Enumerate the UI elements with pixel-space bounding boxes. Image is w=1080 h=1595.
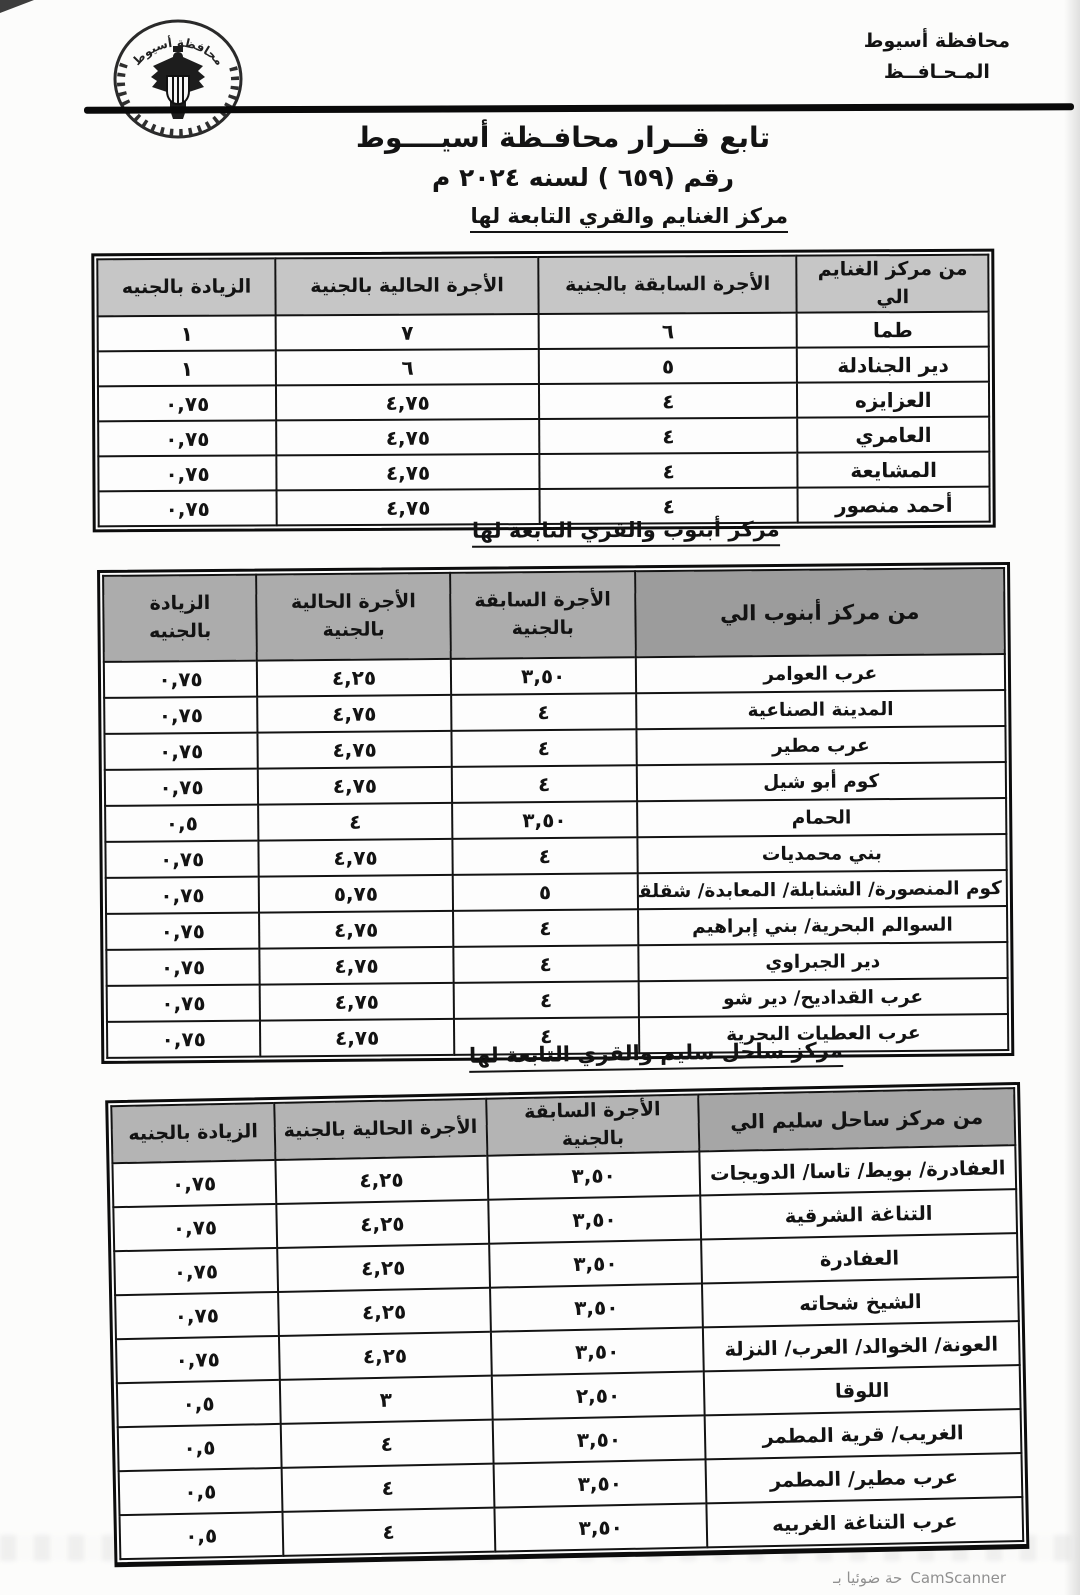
cell-previous-fare: ٤ [451,729,636,767]
col-header-current-fare: الأجرة الحالية بالجنية [274,1099,487,1160]
scan-edge-shadow [1064,0,1080,1595]
cell-current-fare: ٤,٧٥ [276,419,539,455]
cell-increase: ٠,٧٥ [112,1160,275,1207]
scan-footer: حة ضوئيا بـ CamScanner [833,1569,1006,1587]
cell-increase: ٠,٧٥ [104,661,257,698]
cell-increase: ٠,٧٥ [107,1021,260,1058]
cell-previous-fare: ٣,٥٠ [488,1196,701,1244]
col-header-increase: الزيادة بالجنيه [111,1103,275,1163]
section-heading-abnub: مركز أبنوب والقري التابعة لها [472,517,780,548]
fare-table-abnub: من مركز أبنوب الي الأجرة السابقة بالجنية… [97,562,1014,1064]
cell-destination: العفادرة [701,1233,1018,1283]
cell-destination: كوم أبو شيل [636,762,1006,801]
cell-destination: السوالم البحرية/ بني إبراهيم [638,906,1008,945]
cell-destination: الحمام [637,798,1007,837]
cell-increase: ٠,٧٥ [98,420,276,456]
cell-destination: عرب العوامر [635,654,1005,693]
cell-increase: ٠,٧٥ [99,490,277,526]
col-header-current-fare: الأجرة الحالية بالجنية [276,257,539,315]
cell-previous-fare: ٣,٥٠ [491,1328,704,1376]
cell-increase: ٠,٧٥ [98,385,276,421]
cell-destination: كوم المنصورة/ الشنابلة/ المعابدة/ شقلقيل [637,870,1007,909]
cell-destination: عرب مطير [636,726,1006,765]
cell-current-fare: ٤,٧٥ [257,695,451,733]
cell-previous-fare: ٦ [539,313,798,349]
cell-previous-fare: ٤ [454,981,639,1019]
cell-current-fare: ٤,٢٥ [275,1156,488,1204]
cell-current-fare: ٤,٢٥ [257,659,451,697]
cell-increase: ٠,٧٥ [116,1336,279,1383]
cell-increase: ٠,٧٥ [113,1204,276,1251]
cell-previous-fare: ٣,٥٠ [493,1459,706,1507]
table-head-row: من مركز الغنايم الي الأجرة السابقة بالجن… [97,255,988,317]
cell-increase: ٠,٥ [118,1424,281,1471]
cell-current-fare: ٤,٧٥ [258,731,452,769]
table-row: العامري٤٤,٧٥٠,٧٥ [98,417,989,457]
cell-increase: ١ [98,350,276,386]
cell-destination: الغريب/ قرية المطمر [705,1409,1022,1459]
document-title: تابع قــرار محافـظة أسيــــوط رقم (٦٥٩ )… [23,121,1080,192]
cell-increase: ٠,٧٥ [114,1248,277,1295]
cell-current-fare: ٤,٧٥ [260,1019,454,1057]
cell-previous-fare: ٣,٥٠ [494,1503,707,1551]
col-header-current-fare: الأجرة الحالية بالجنية [256,573,450,661]
cell-increase: ١ [98,315,276,351]
cell-previous-fare: ٤ [453,909,638,947]
cell-increase: ٠,٥ [117,1380,280,1427]
scan-note: حة ضوئيا بـ [833,1569,902,1587]
section-heading-ghanayem: مركز الغنايم والقري التابعة لها [470,204,788,233]
cell-increase: ٠,٧٥ [104,697,257,734]
cell-destination: العزايزه [797,382,989,418]
cell-current-fare: ٤,٧٥ [259,839,453,877]
cell-previous-fare: ٣,٥٠ [492,1415,705,1463]
cell-previous-fare: ٤ [539,383,798,419]
cell-current-fare: ٤,٧٥ [277,454,540,490]
scan-corner-artifact [0,0,34,13]
cell-current-fare: ٤,٢٥ [277,1244,490,1292]
cell-previous-fare: ٤ [452,837,637,875]
cell-increase: ٠,٧٥ [104,733,257,770]
col-header-increase: الزيادة بالجنيه [97,258,276,316]
section-heading-sahel-selim: مركز ساحل سليم والقري التابعة لها [469,1038,843,1073]
cell-current-fare: ٤,٢٥ [278,1288,491,1336]
table-body: العفادرة/ بويط/ تاسا/ الدويجات٣,٥٠٤,٢٥٠,… [112,1145,1023,1559]
cell-destination: دير الجبراوي [638,942,1008,981]
cell-increase: ٠,٧٥ [98,455,276,491]
cell-current-fare: ٥,٧٥ [259,875,453,913]
cell-previous-fare: ٤ [453,945,638,983]
cell-destination: التناغة الشرقية [700,1189,1017,1239]
cell-current-fare: ٤,٧٥ [276,384,539,420]
cell-current-fare: ٤,٧٥ [258,767,452,805]
cell-increase: ٠,٧٥ [105,769,258,806]
table-head-row: من مركز أبنوب الي الأجرة السابقة بالجنية… [103,568,1005,662]
col-header-previous-fare: الأجرة السابقة بالجنية [450,571,635,659]
cell-increase: ٠,٧٥ [106,877,259,914]
cell-previous-fare: ٤ [452,765,637,803]
cell-increase: ٠,٥ [119,1468,282,1515]
cell-destination: عرب القداديح/ دير شو [638,978,1008,1017]
cell-current-fare: ٤ [282,1508,495,1556]
cell-destination: عرب مطير/ المطمر [705,1453,1022,1503]
cell-current-fare: ٤,٧٥ [260,983,454,1021]
cell-current-fare: ٧ [276,314,539,350]
camscanner-brand: CamScanner [910,1569,1006,1587]
fare-table-sahel-selim: من مركز ساحل سليم الي الأجرة السابقة بال… [105,1082,1029,1567]
cell-previous-fare: ٥ [539,348,798,384]
cell-previous-fare: ٥ [453,873,638,911]
cell-previous-fare: ٣,٥٠ [452,801,637,839]
col-header-increase: الزيادة بالجنيه [103,575,257,662]
doc-title-line1: تابع قــرار محافـظة أسيــــوط [23,121,1080,154]
cell-previous-fare: ٣,٥٠ [489,1240,702,1288]
cell-current-fare: ٤,٧٥ [259,911,453,949]
doc-title-line2: رقم (٦٥٩ ) لسنه ٢٠٢٤ م [43,163,1080,192]
cell-current-fare: ٣ [279,1376,492,1424]
cell-destination: دير الجنادلة [797,347,989,383]
cell-previous-fare: ٣,٥٠ [451,657,636,695]
cell-increase: ٠,٧٥ [106,913,259,950]
cell-current-fare: ٤ [280,1420,493,1468]
table-body: طما٦٧١دير الجنادلة٥٦١العزايزه٤٤,٧٥٠,٧٥ال… [98,312,990,527]
cell-destination: العامري [798,417,990,453]
col-header-destination: من مركز الغنايم الي [797,255,989,313]
table-row: العزايزه٤٤,٧٥٠,٧٥ [98,382,989,422]
cell-destination: العونة/ الخوالد/ العرب/ النزلة [703,1321,1020,1371]
cell-previous-fare: ٣,٥٠ [487,1152,700,1200]
col-header-previous-fare: الأجرة السابقة بالجنية [538,256,797,314]
cell-destination: اللوقا [704,1365,1021,1415]
scanned-decree-page: محافظة أسيوط المـحـافــظ محافظة أسيوط تا… [0,0,1080,1595]
cell-current-fare: ٦ [276,349,539,385]
cell-destination: أحمد منصور [798,487,990,523]
cell-destination: المشايعة [798,452,990,488]
cell-increase: ٠,٧٥ [107,985,260,1022]
cell-previous-fare: ٤ [539,418,798,454]
cell-increase: ٠,٧٥ [115,1292,278,1339]
table-row: دير الجنادلة٥٦١ [98,347,989,387]
col-header-destination: من مركز ساحل سليم الي [698,1088,1015,1151]
cell-current-fare: ٤,٧٥ [260,947,454,985]
table-row: طما٦٧١ [98,312,989,352]
cell-previous-fare: ٢,٥٠ [492,1372,705,1420]
cell-destination: المدينة الصناعية [636,690,1006,729]
cell-destination: الشيخ شحاته [702,1277,1019,1327]
col-header-previous-fare: الأجرة السابقة بالجنية [486,1094,699,1155]
cell-previous-fare: ٣,٥٠ [490,1284,703,1332]
cell-increase: ٠,٥ [120,1512,283,1559]
cell-increase: ٠,٧٥ [106,949,259,986]
cell-destination: عرب التناغة الغربيه [706,1497,1023,1547]
org-office: المـحـافــظ [864,61,1010,83]
cell-current-fare: ٤,٢٥ [276,1200,489,1248]
cell-current-fare: ٤ [258,803,452,841]
cell-destination: طما [797,312,989,348]
cell-previous-fare: ٤ [451,693,636,731]
cell-destination: بني محمديات [637,834,1007,873]
table-row: المشايعة٤٤,٧٥٠,٧٥ [98,452,989,492]
org-name: محافظة أسيوط [864,30,1010,52]
table-body: عرب العوامر٣,٥٠٤,٢٥٠,٧٥المدينة الصناعية٤… [104,654,1008,1058]
cell-current-fare: ٤,٢٥ [278,1332,491,1380]
col-header-destination: من مركز أبنوب الي [635,568,1005,657]
cell-increase: ٠,٥ [105,805,258,842]
cell-current-fare: ٤ [281,1464,494,1512]
fare-table-ghanayem: من مركز الغنايم الي الأجرة السابقة بالجن… [91,249,995,533]
org-header: محافظة أسيوط المـحـافــظ [864,30,1010,83]
cell-previous-fare: ٤ [539,453,798,489]
cell-destination: العفادرة/ بويط/ تاسا/ الدويجات [699,1145,1016,1195]
cell-increase: ٠,٧٥ [105,841,258,878]
